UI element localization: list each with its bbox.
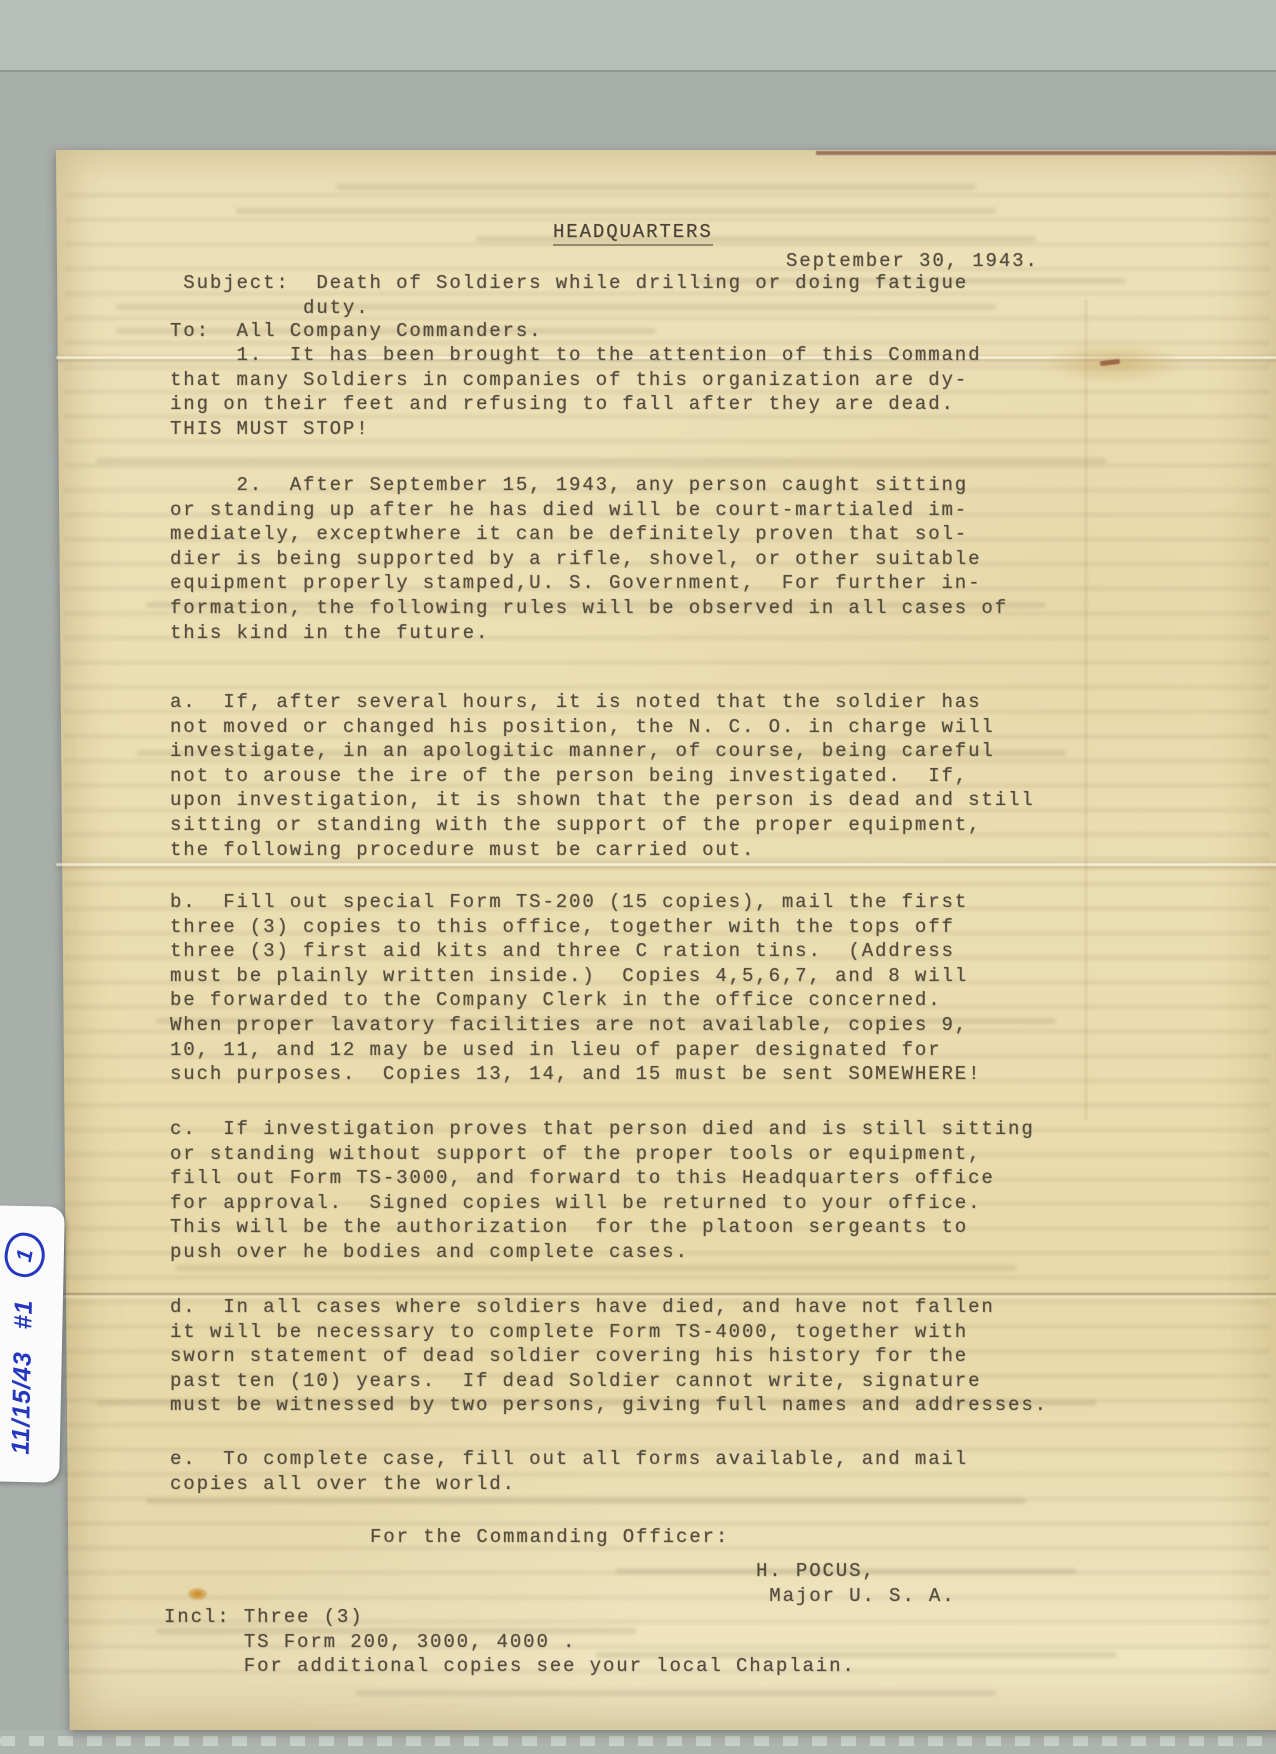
typed-line: not moved or changed his position, the N…: [170, 715, 1035, 740]
typed-line: copies all over the world.: [170, 1472, 968, 1497]
closing-line: For the Commanding Officer:: [370, 1525, 729, 1550]
typed-line: investigate, in an apologitic manner, of…: [170, 739, 1035, 764]
typed-line: that many Soldiers in companies of this …: [170, 368, 981, 393]
typed-line: dier is being supported by a rifle, shov…: [170, 547, 1008, 572]
letter-heading: HEADQUARTERS: [553, 220, 713, 245]
typed-line: mediately, exceptwhere it can be definit…: [170, 522, 1008, 547]
typed-line: three (3) copies to this office, togethe…: [170, 915, 981, 940]
typed-line: three (3) first aid kits and three C rat…: [170, 939, 981, 964]
typed-line: for approval. Signed copies will be retu…: [170, 1191, 1035, 1216]
typed-line: equipment properly stamped,U. S. Governm…: [170, 571, 1008, 596]
typed-line: this kind in the future.: [170, 621, 1008, 646]
typed-line: 1. It has been brought to the attention …: [170, 343, 981, 368]
typed-line: For additional copies see your local Cha…: [164, 1654, 856, 1679]
enclosures-block: Incl: Three (3) TS Form 200, 3000, 4000 …: [164, 1605, 856, 1679]
typed-line: When proper lavatory facilities are not …: [170, 1013, 981, 1038]
letter-date: September 30, 1943.: [786, 249, 1039, 274]
typed-line: such purposes. Copies 13, 14, and 15 mus…: [170, 1062, 981, 1087]
typed-line: it will be necessary to complete Form TS…: [170, 1320, 1048, 1345]
typed-line: be forwarded to the Company Clerk in the…: [170, 988, 981, 1013]
item-c: c. If investigation proves that person d…: [170, 1117, 1035, 1265]
item-d: d. In all cases where soldiers have died…: [170, 1295, 1048, 1418]
item-e: e. To complete case, fill out all forms …: [170, 1447, 968, 1496]
typed-line: 2. After September 15, 1943, any person …: [170, 473, 1008, 498]
scanner-edge-perforation: [0, 1736, 1276, 1746]
typed-line: sitting or standing with the support of …: [170, 813, 1035, 838]
typed-line: TS Form 200, 3000, 4000 .: [164, 1630, 856, 1655]
item-b: b. Fill out special Form TS-200 (15 copi…: [170, 890, 981, 1087]
typed-line: not to arouse the ire of the person bein…: [170, 764, 1035, 789]
subject-block: Subject: Death of Soldiers while drillin…: [170, 271, 968, 320]
letter-page: HEADQUARTERS September 30, 1943. Subject…: [56, 150, 1276, 1730]
to-block: To: All Company Commanders.: [170, 319, 542, 344]
typed-line: Subject: Death of Soldiers while drillin…: [170, 271, 968, 296]
typed-line: This will be the authorization for the p…: [170, 1215, 1035, 1240]
typed-line: H. POCUS,: [756, 1559, 956, 1584]
typed-line: ing on their feet and refusing to fall a…: [170, 392, 981, 417]
typed-line: For the Commanding Officer:: [370, 1525, 729, 1550]
typed-letter: HEADQUARTERS September 30, 1943. Subject…: [56, 150, 1276, 1730]
paragraph-2: 2. After September 15, 1943, any person …: [170, 473, 1008, 645]
note-date: 11/15/43: [6, 1351, 37, 1455]
typed-line: past ten (10) years. If dead Soldier can…: [170, 1369, 1048, 1394]
typed-line: 10, 11, and 12 may be used in lieu of pa…: [170, 1038, 981, 1063]
typed-line: To: All Company Commanders.: [170, 319, 542, 344]
typed-line: sworn statement of dead soldier covering…: [170, 1344, 1048, 1369]
typed-line: duty.: [170, 296, 968, 321]
typed-line: b. Fill out special Form TS-200 (15 copi…: [170, 890, 981, 915]
typed-line: THIS MUST STOP!: [170, 417, 981, 442]
scanner-bottom-strip: [0, 1730, 1276, 1754]
typed-line: fill out Form TS-3000, and forward to th…: [170, 1166, 1035, 1191]
typed-line: Incl: Three (3): [164, 1605, 856, 1630]
typed-line: e. To complete case, fill out all forms …: [170, 1447, 968, 1472]
typed-line: must be witnessed by two persons, giving…: [170, 1393, 1048, 1418]
typed-line: push over he bodies and complete cases.: [170, 1240, 1035, 1265]
typed-line: or standing up after he has died will be…: [170, 498, 1008, 523]
note-circled-number: 1: [1, 1230, 49, 1281]
typed-line: or standing without support of the prope…: [170, 1142, 1035, 1167]
archival-note-card: 11/15/43 #1 1: [0, 1205, 65, 1483]
typed-line: the following procedure must be carried …: [170, 838, 1035, 863]
typed-line: d. In all cases where soldiers have died…: [170, 1295, 1048, 1320]
heading-text: HEADQUARTERS: [553, 221, 713, 246]
note-number: #1: [9, 1299, 39, 1329]
typed-line: upon investigation, it is shown that the…: [170, 788, 1035, 813]
handwritten-note: 11/15/43 #1 1: [0, 1218, 54, 1469]
paragraph-1: 1. It has been brought to the attention …: [170, 343, 981, 441]
typed-line: formation, the following rules will be o…: [170, 596, 1008, 621]
scanner-top-band: [0, 0, 1276, 72]
typed-line: a. If, after several hours, it is noted …: [170, 690, 1035, 715]
signature-block: H. POCUS, Major U. S. A.: [756, 1559, 956, 1608]
typed-line: c. If investigation proves that person d…: [170, 1117, 1035, 1142]
typed-line: must be plainly written inside.) Copies …: [170, 964, 981, 989]
item-a: a. If, after several hours, it is noted …: [170, 690, 1035, 862]
